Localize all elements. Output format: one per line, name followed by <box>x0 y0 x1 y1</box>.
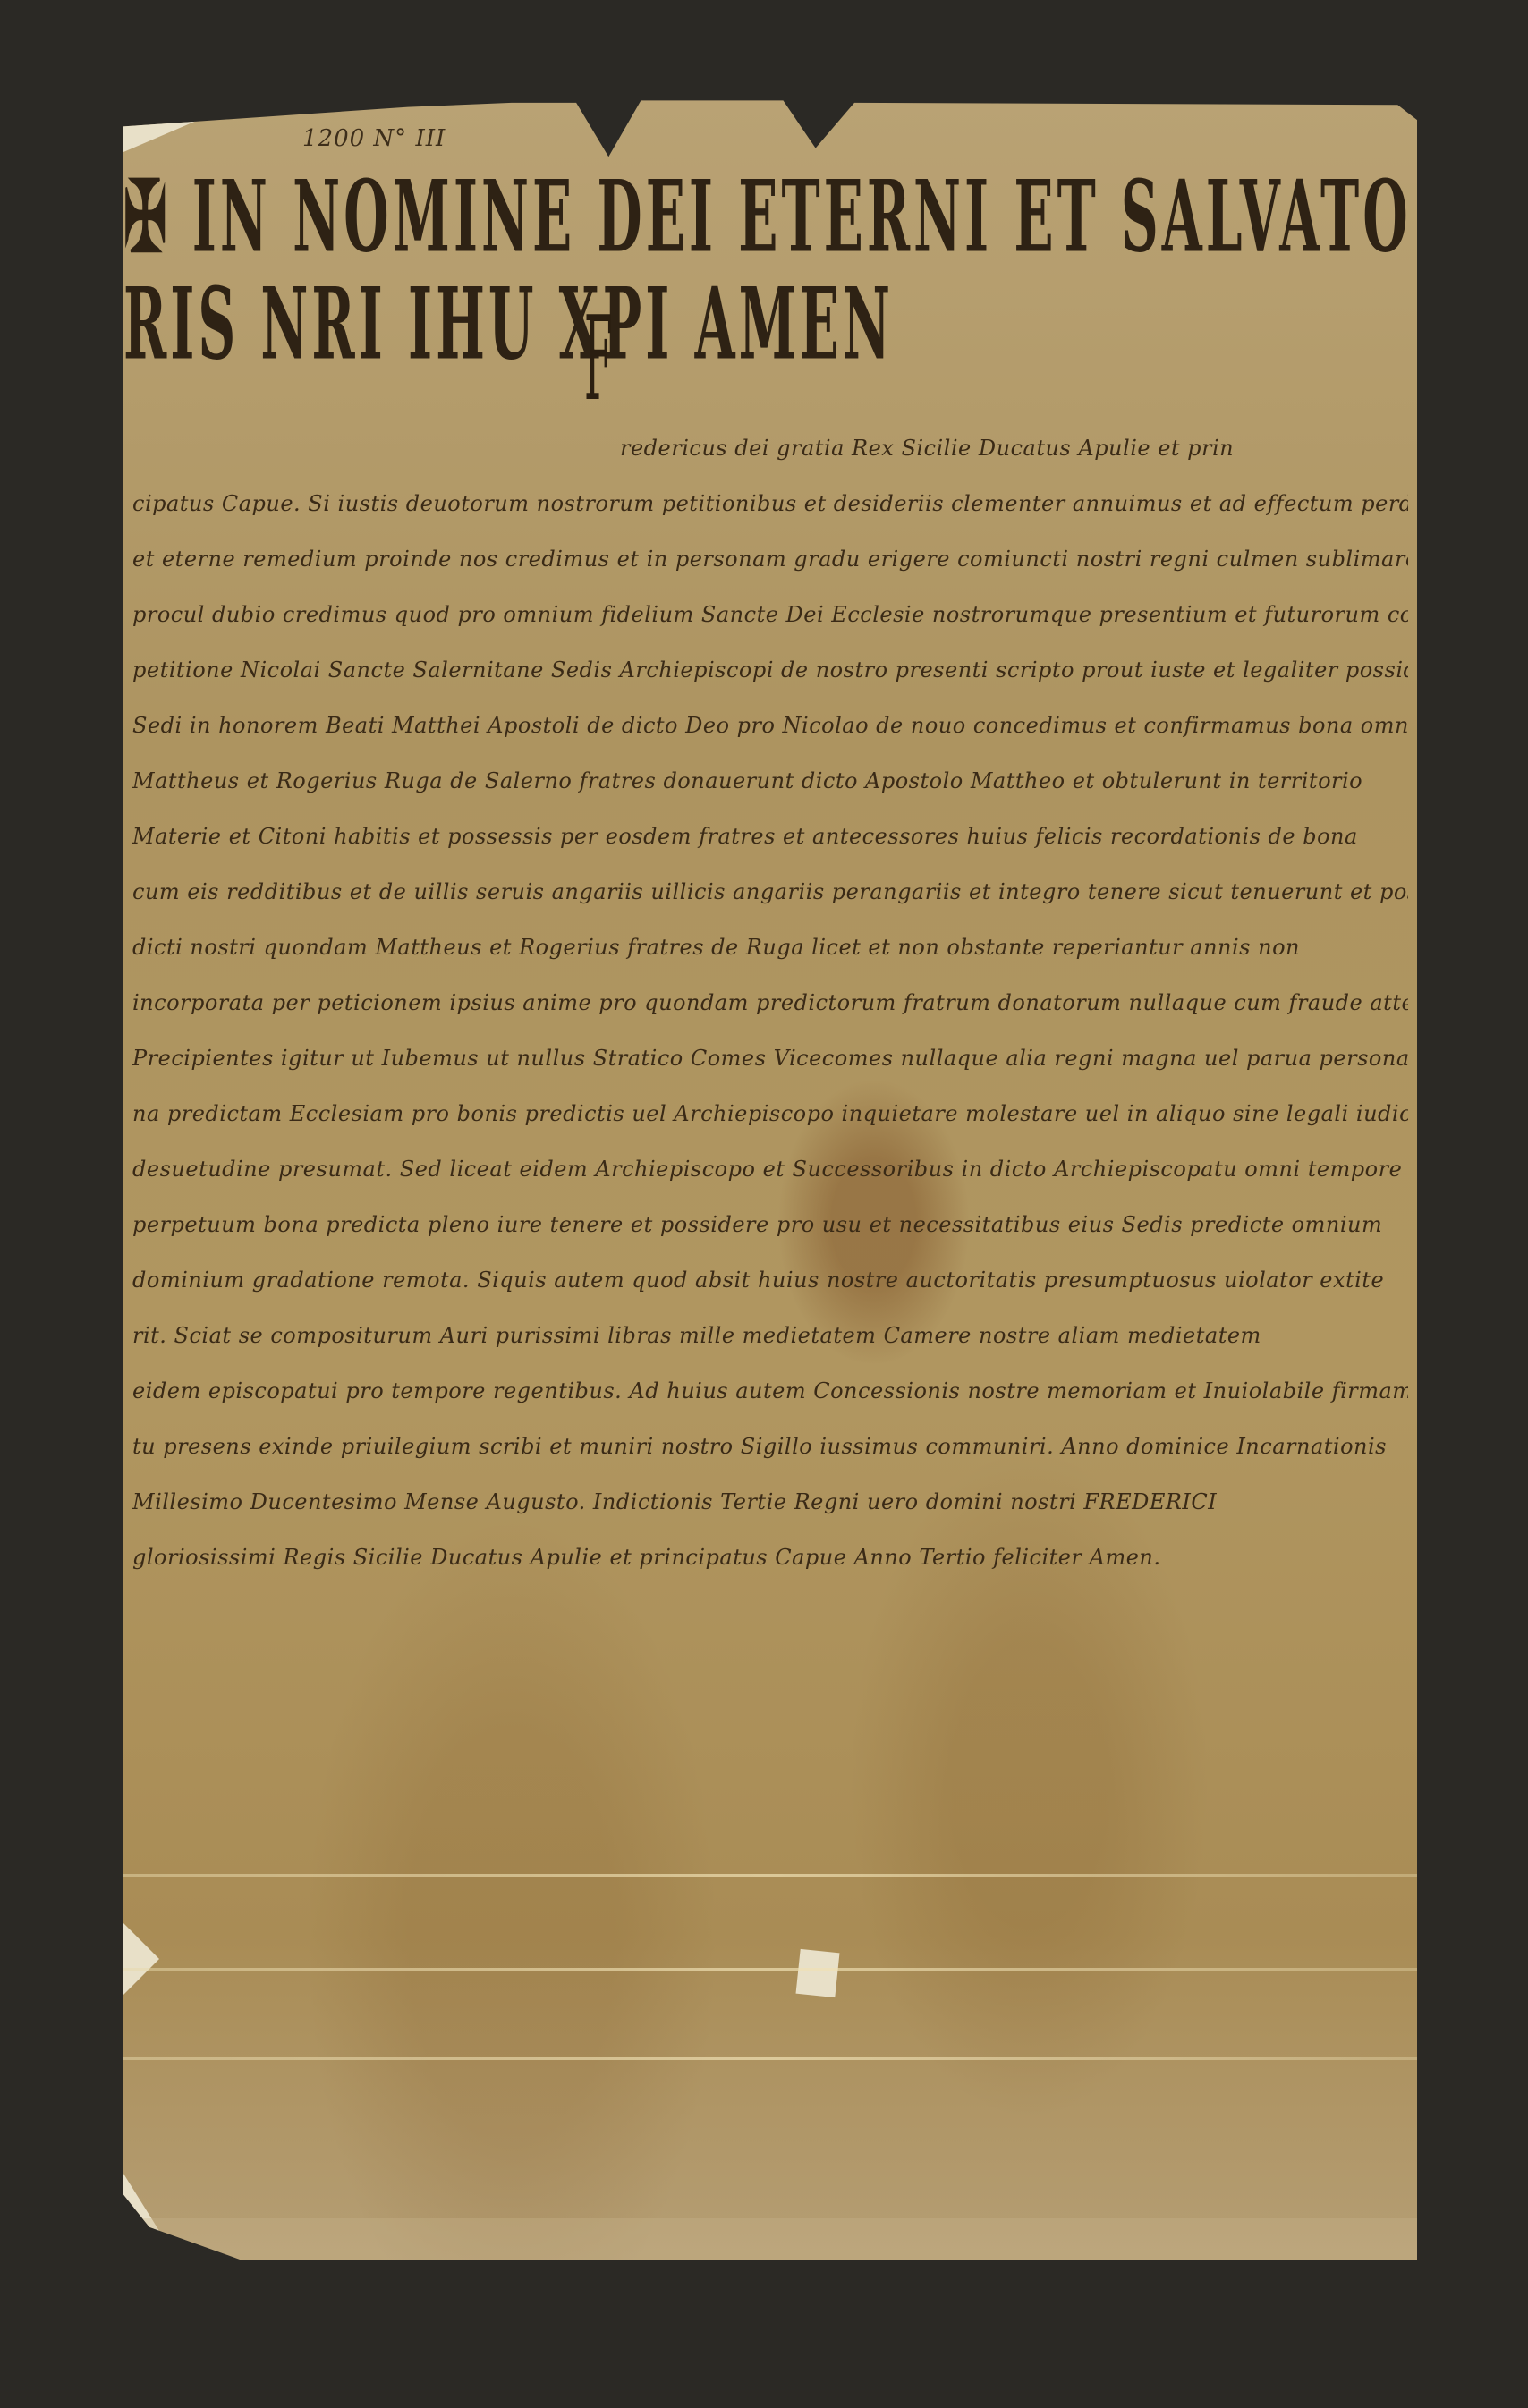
heading-line-1: ✠ IN NOMINE DEI ETERNI ET SALVATO <box>123 159 1417 275</box>
text-line: et eterne remedium proinde nos credimus … <box>132 531 1408 587</box>
charter-text: redericus dei gratia Rex Sicilie Ducatus… <box>132 420 1408 1585</box>
text-line: na predictam Ecclesiam pro bonis predict… <box>132 1086 1408 1141</box>
text-line: Materie et Citoni habitis et possessis p… <box>132 809 1408 864</box>
text-line: desuetudine presumat. Sed liceat eidem A… <box>132 1141 1408 1197</box>
decorated-initial: F <box>584 291 613 427</box>
text-line: tu presens exinde priuilegium scribi et … <box>132 1419 1408 1474</box>
text-line: Mattheus et Rogerius Ruga de Salerno fra… <box>132 753 1408 809</box>
text-line: Sedi in honorem Beati Matthei Apostoli d… <box>132 698 1408 753</box>
torn-edge-left <box>123 1923 159 1995</box>
text-line: Precipientes igitur ut Iubemus ut nullus… <box>132 1030 1408 1086</box>
heading-line-2: RIS NRI IHU XPI AMEN <box>123 267 1417 382</box>
text-line: gloriosissimi Regis Sicilie Ducatus Apul… <box>132 1530 1408 1585</box>
fold-line <box>123 1968 1417 1971</box>
text-line: rit. Sciat se compositurum Auri purissim… <box>132 1308 1408 1363</box>
torn-corner-bottom-left <box>123 2174 177 2260</box>
text-line: petitione Nicolai Sancte Salernitane Sed… <box>132 642 1408 698</box>
text-line: procul dubio credimus quod pro omnium fi… <box>132 587 1408 642</box>
text-line: redericus dei gratia Rex Sicilie Ducatus… <box>132 420 1408 476</box>
parchment-charter: 1200 N° III ✠ IN NOMINE DEI ETERNI ET SA… <box>123 98 1417 2260</box>
text-line: dominium gradatione remota. Siquis autem… <box>132 1252 1408 1308</box>
bottom-turnover <box>123 2218 1417 2260</box>
text-line: cum eis redditibus et de uillis seruis a… <box>132 864 1408 920</box>
text-line: dicti nostri quondam Mattheus et Rogeriu… <box>132 920 1408 975</box>
text-line: cipatus Capue. Si iustis deuotorum nostr… <box>132 476 1408 531</box>
archive-note: 1200 N° III <box>302 125 446 152</box>
fold-line <box>123 2057 1417 2060</box>
torn-corner-top-left <box>123 98 249 152</box>
text-line: eidem episcopatui pro tempore regentibus… <box>132 1363 1408 1419</box>
text-line: Millesimo Ducentesimo Mense Augusto. Ind… <box>132 1474 1408 1530</box>
text-line: incorporata per peticionem ipsius anime … <box>132 975 1408 1030</box>
fold-line <box>123 1874 1417 1877</box>
text-line: perpetuum bona predicta pleno iure tener… <box>132 1197 1408 1252</box>
repair-patch <box>796 1949 840 1997</box>
